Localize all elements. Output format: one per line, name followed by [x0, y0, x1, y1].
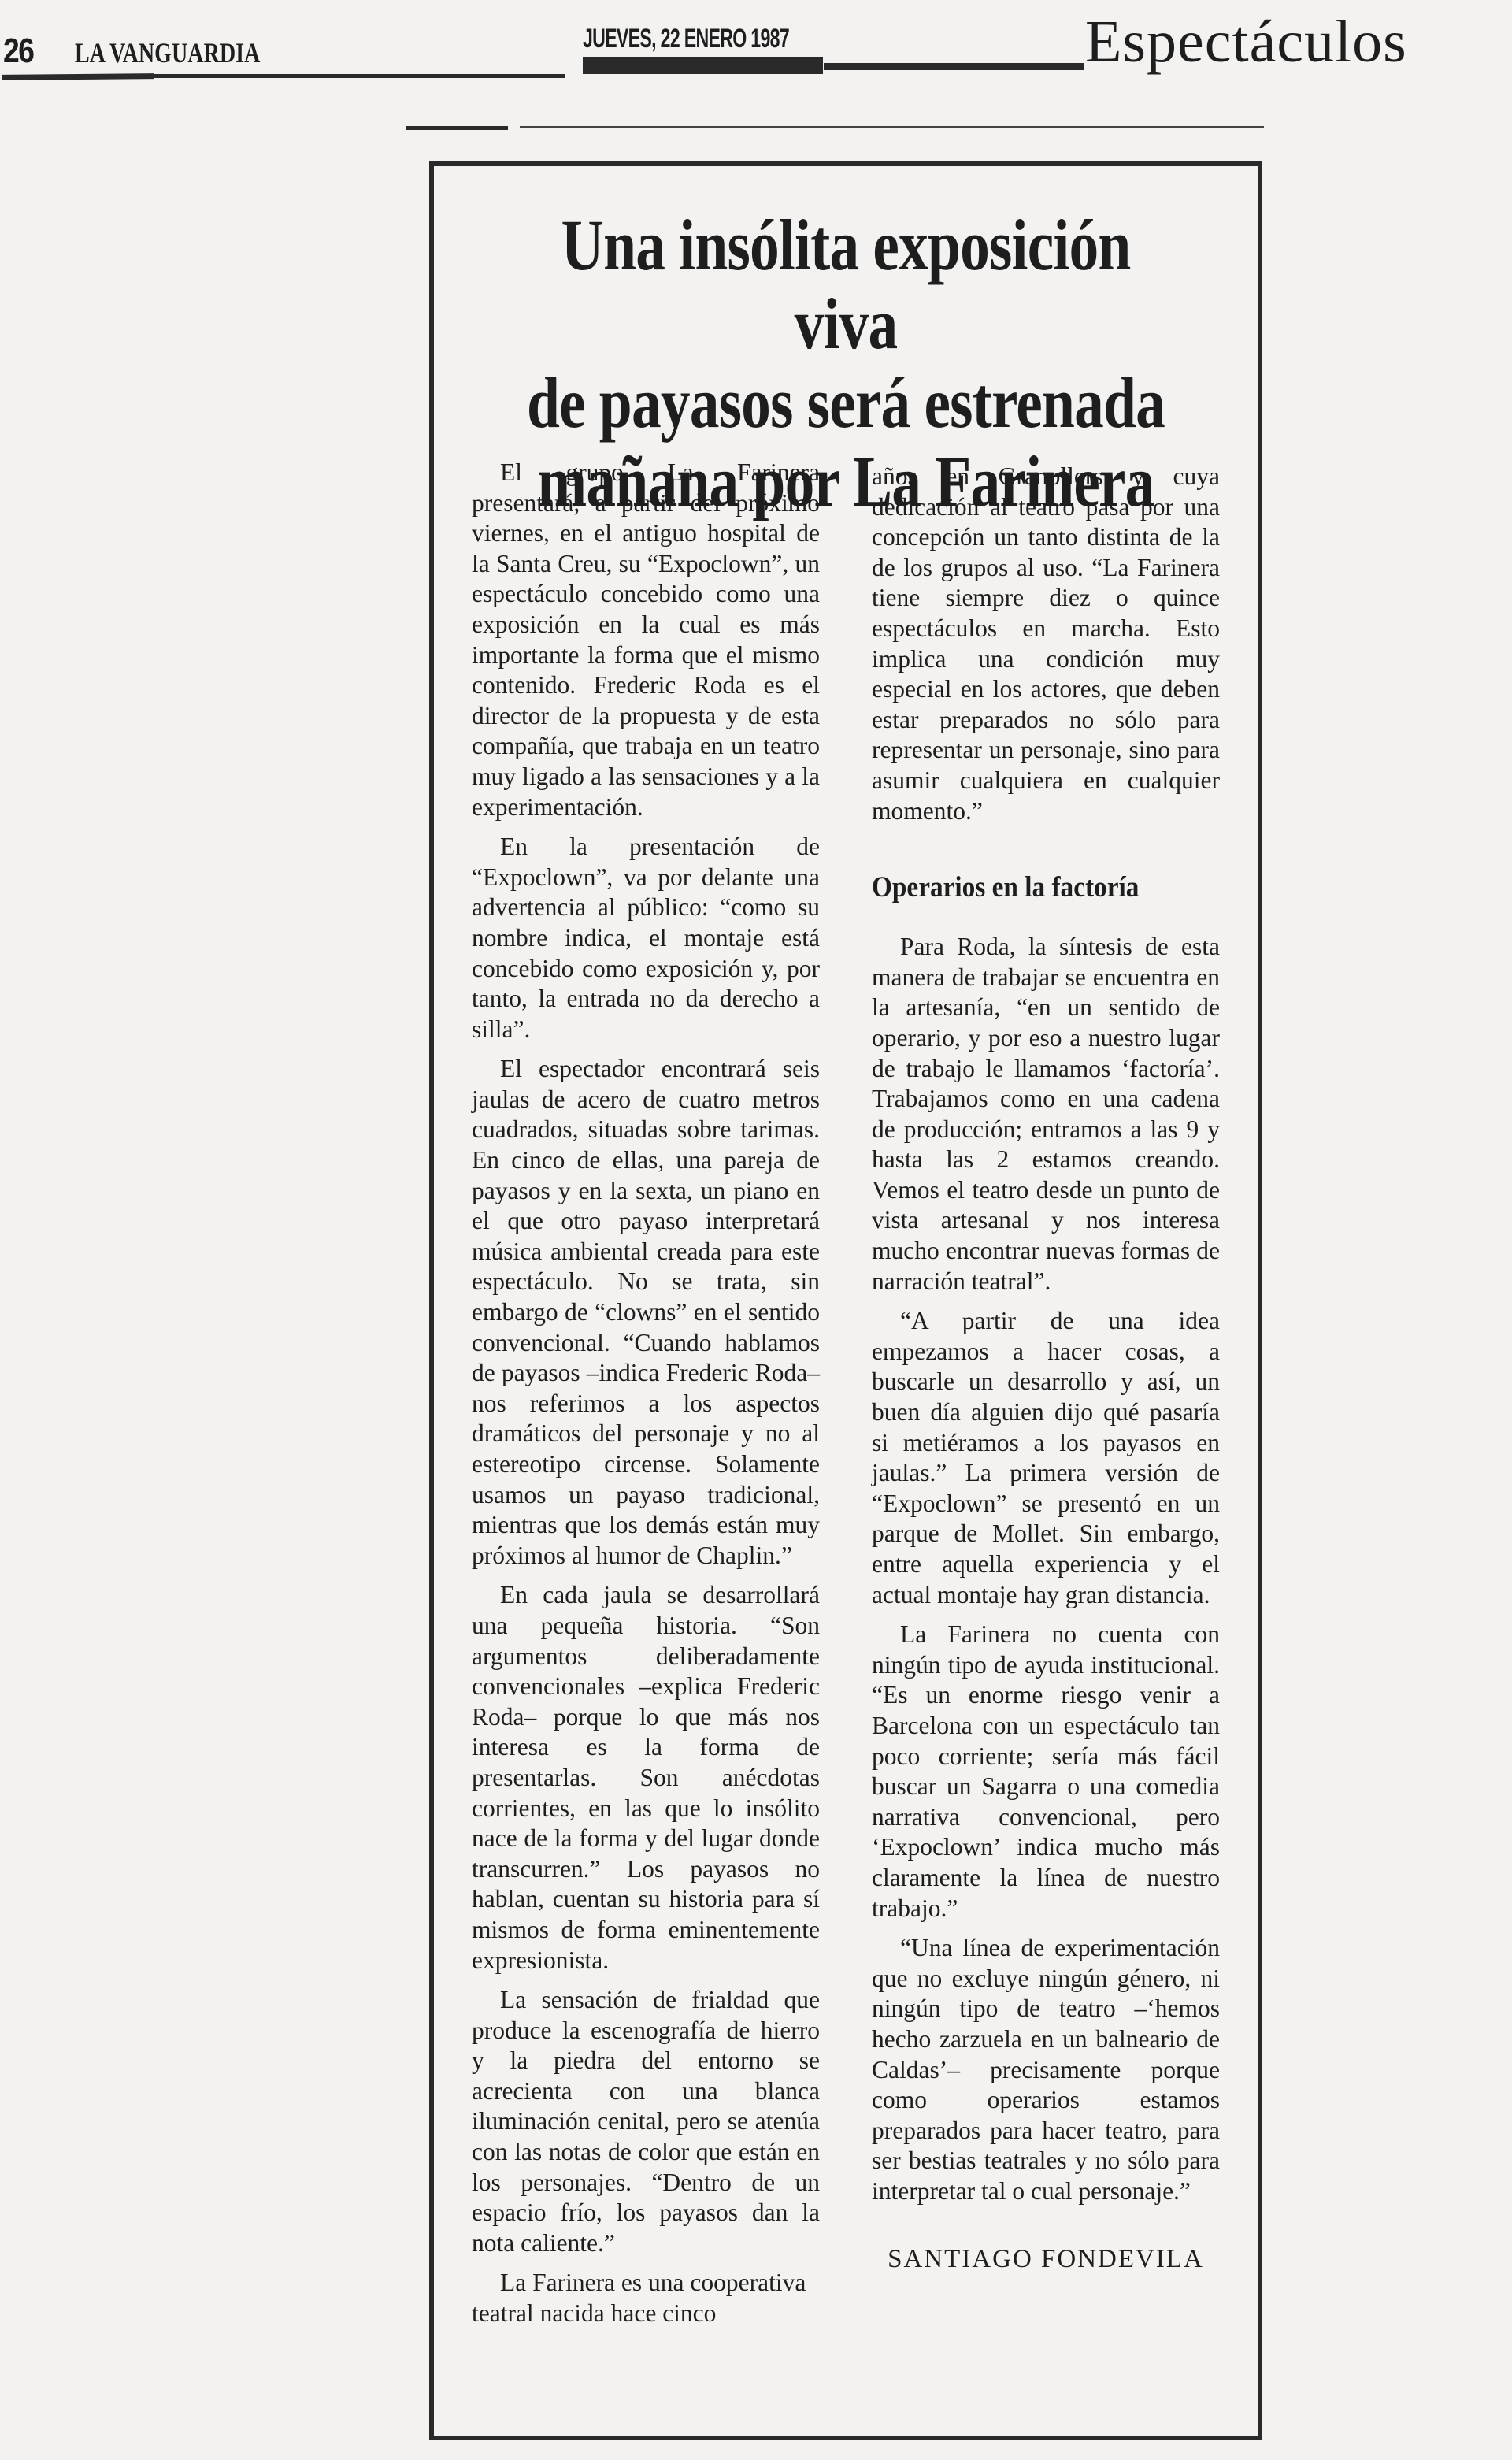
date-underline-bar — [583, 57, 823, 74]
paragraph: El espectador encontrará seis jaulas de … — [472, 1054, 820, 1571]
section-title: Espectáculos — [1085, 8, 1407, 76]
masthead-rule — [824, 63, 1084, 70]
paragraph: La Farinera no cuenta con ningún tipo de… — [872, 1620, 1220, 1924]
issue-date: JUEVES, 22 ENERO 1987 — [583, 24, 789, 54]
byline: SANTIAGO FONDEVILA — [872, 2244, 1220, 2275]
paragraph: La sensación de frialdad que produce la … — [472, 1985, 820, 2258]
page-number: 26 — [3, 32, 33, 71]
paragraph-continued: años en Granollers y cuya dedicación al … — [872, 462, 1220, 826]
subheading: Operarios en la factoría — [872, 870, 1185, 905]
article-box: Una insólita exposición viva de payasos … — [429, 161, 1262, 2440]
article-column-right: años en Granollers y cuya dedicación al … — [872, 462, 1220, 2275]
divider-rule — [406, 126, 508, 130]
paragraph: La Farinera es una cooperativa teatral n… — [472, 2268, 820, 2328]
paragraph: El grupo La Farinera presentará, a parti… — [472, 458, 820, 822]
article-column-left: El grupo La Farinera presentará, a parti… — [472, 458, 820, 2339]
paragraph: En cada jaula se desarrollará una pequeñ… — [472, 1580, 820, 1976]
masthead-rule — [154, 74, 565, 78]
paragraph: En la presentación de “Expoclown”, va po… — [472, 832, 820, 1044]
headline-line: de payasos será estrenada — [508, 363, 1184, 442]
masthead: 26 LA VANGUARDIA JUEVES, 22 ENERO 1987 E… — [0, 0, 1512, 87]
paragraph: “Una línea de experimentación que no exc… — [872, 1933, 1220, 2206]
divider-rule — [520, 126, 1264, 128]
headline-line: Una insólita exposición viva — [508, 206, 1184, 363]
paragraph: “A partir de una idea empezamos a hacer … — [872, 1306, 1220, 1610]
masthead-rule — [2, 73, 154, 80]
paragraph: Para Roda, la síntesis de esta manera de… — [872, 932, 1220, 1297]
newspaper-name: LA VANGUARDIA — [75, 36, 260, 69]
